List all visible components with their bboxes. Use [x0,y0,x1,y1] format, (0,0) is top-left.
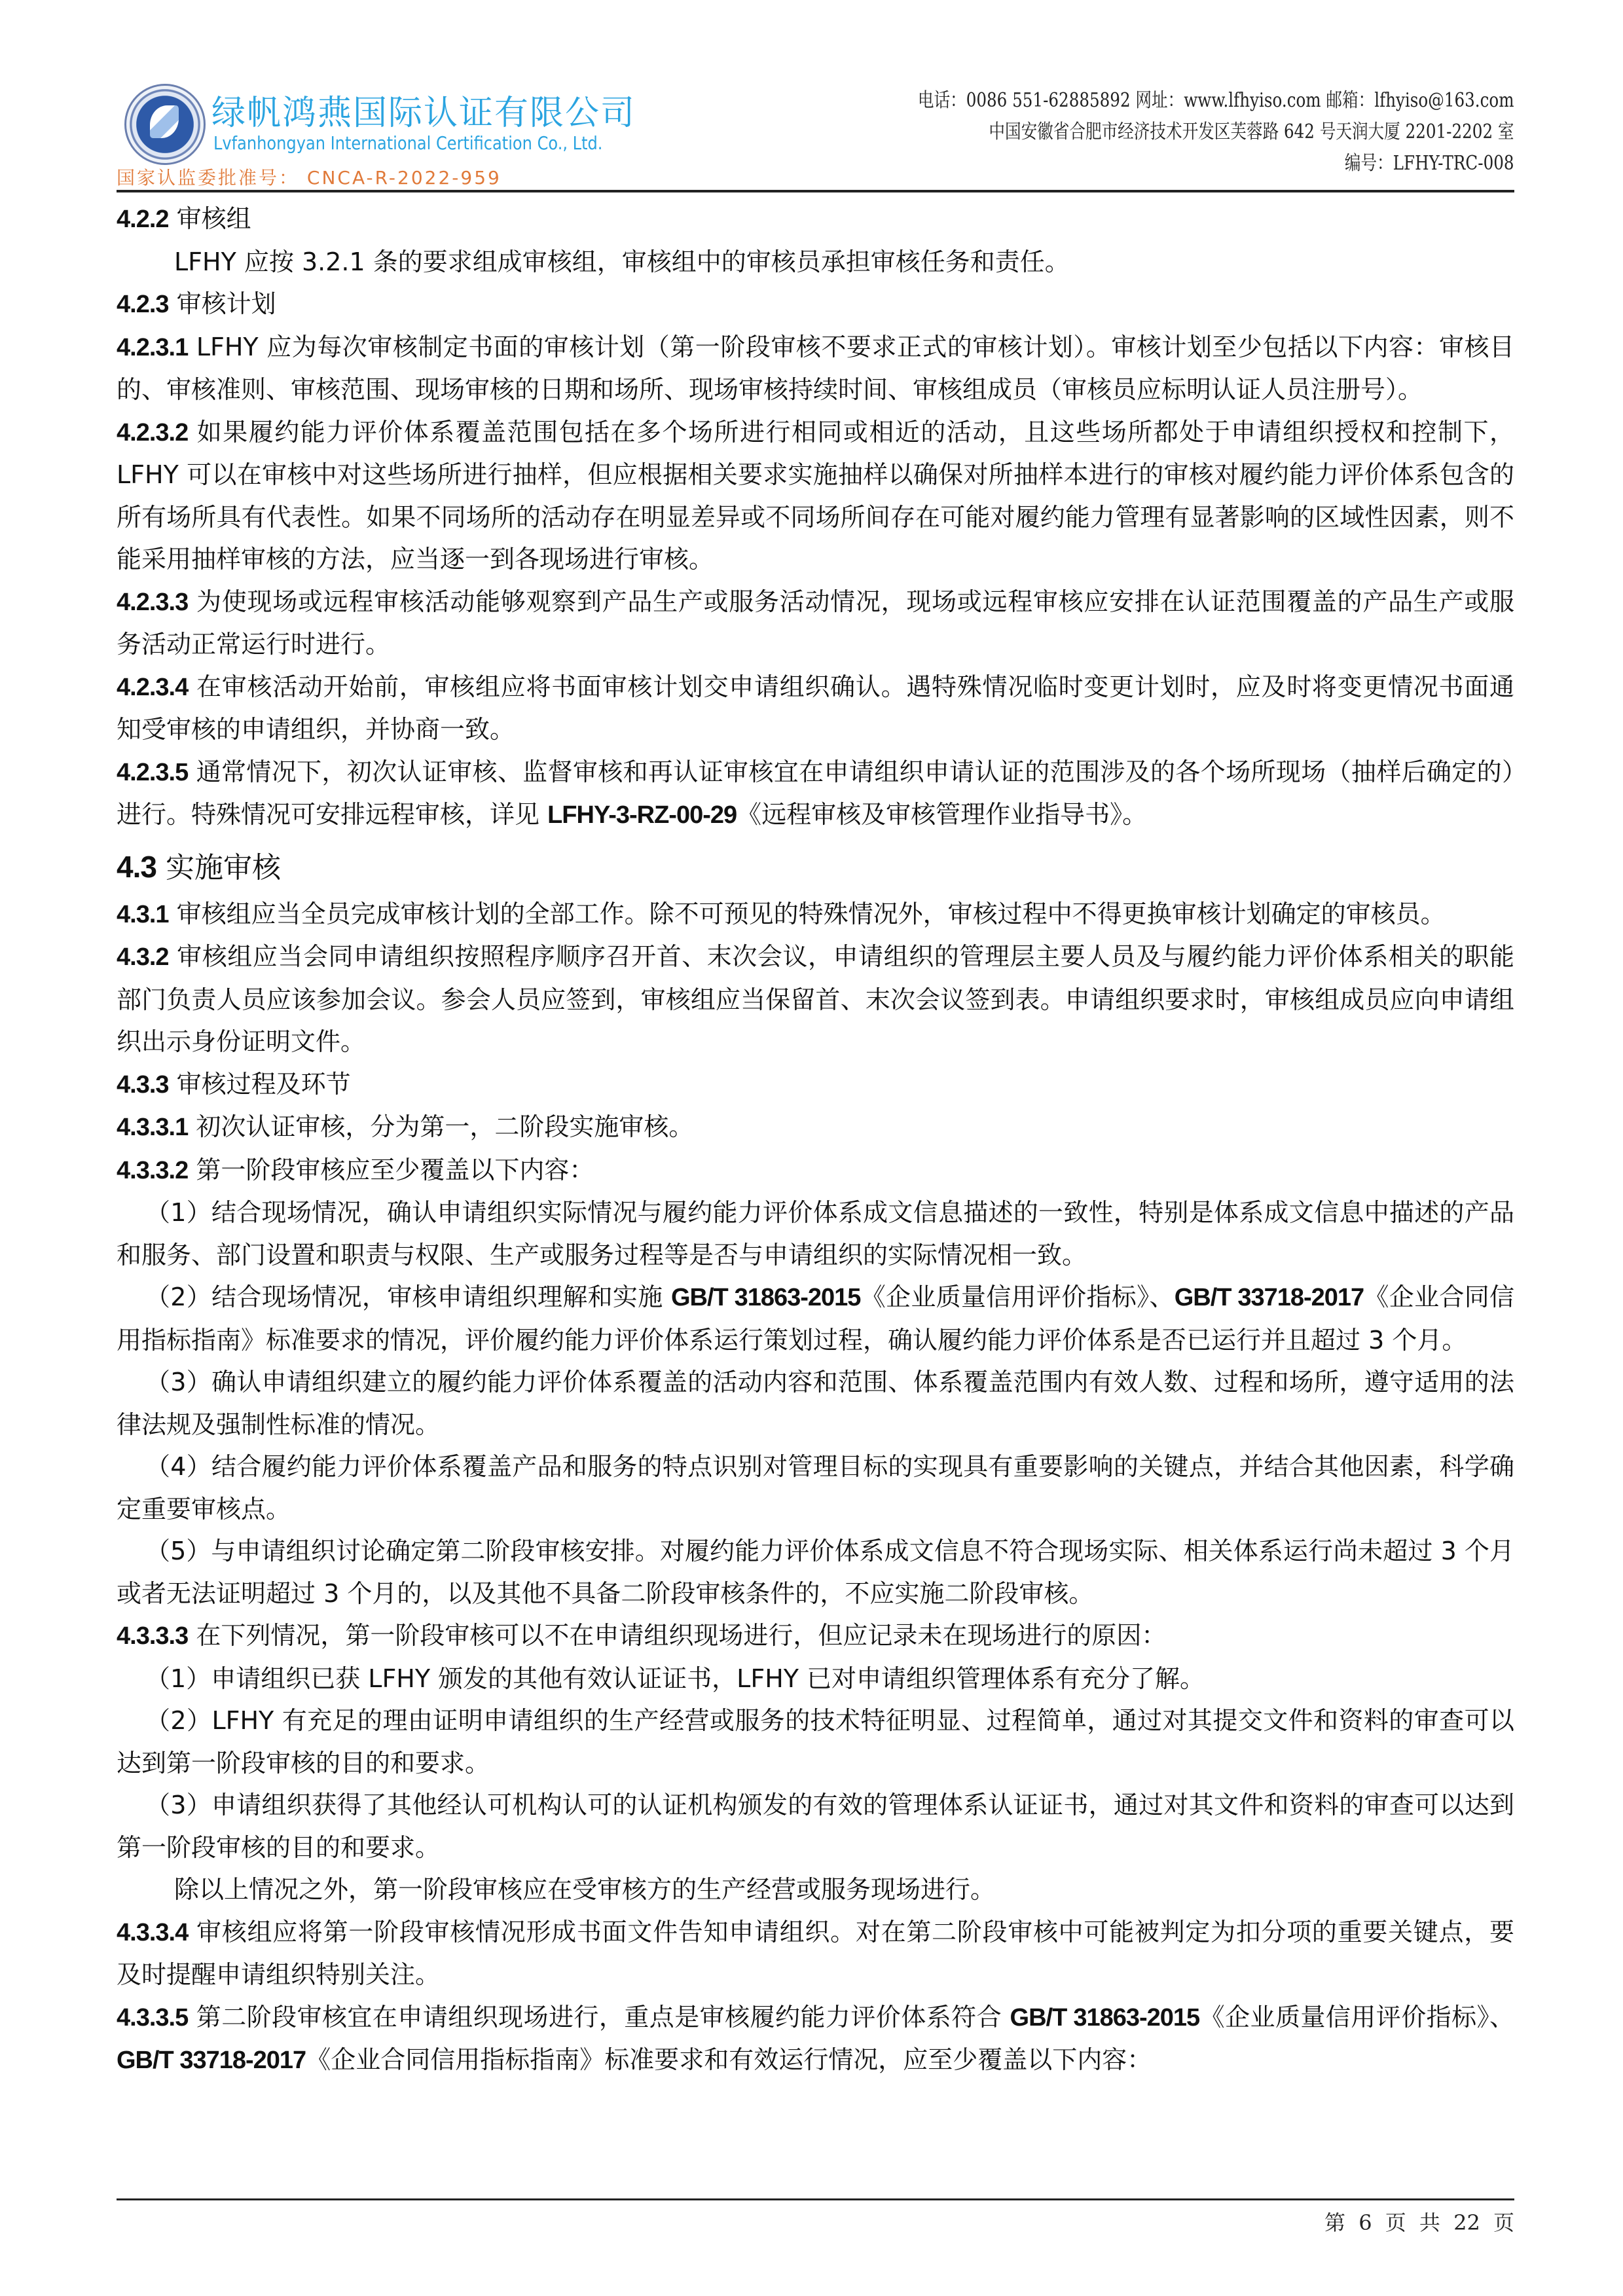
list-item: （1）结合现场情况，确认申请组织实际情况与履约能力评价体系成文信息描述的一致性，… [117,1192,1514,1276]
page-number: 第 6 页 共 22 页 [1324,2206,1514,2236]
clause-4-2-3-5: 4.2.3.5 通常情况下，初次认证审核、监督审核和再认证审核宜在申请组织申请认… [117,751,1514,837]
list-item: （3）申请组织获得了其他经认可机构认可的认证机构颁发的有效的管理体系认证证书，通… [117,1784,1514,1868]
clause-4-2-3-2: 4.2.3.2 如果履约能力评价体系覆盖范围包括在多个场所进行相同或相近的活动，… [117,411,1514,581]
contact-block: 电话：0086 551-62885892 网址：www.lfhyiso.com … [787,85,1514,179]
clause-4-2-3-3: 4.2.3.3 为使现场或远程审核活动能够观察到产品生产或服务活动情况，现场或远… [117,581,1514,666]
heading-4-3: 4.3 实施审核 [117,842,1514,893]
document-number: 编号：LFHY-TRC-008 [918,148,1514,179]
heading-4-2-2: 4.2.2 审核组 [117,198,1514,241]
list-item: （4）结合履约能力评价体系覆盖产品和服务的特点识别对管理目标的实现具有重要影响的… [117,1446,1514,1530]
page-header: 绿帆鸿燕国际认证有限公司 Lvfanhongyan International … [117,72,1514,190]
list-item: （5）与申请组织讨论确定第二阶段审核安排。对履约能力评价体系成文信息不符合现场实… [117,1530,1514,1614]
clause-4-3-3-4: 4.3.3.4 审核组应将第一阶段审核情况形成书面文件告知申请组织。对在第二阶段… [117,1911,1514,1996]
list-item: （2）LFHY 有充足的理由证明申请组织的生产经营或服务的技术特征明显、过程简单… [117,1700,1514,1784]
header-divider [117,190,1514,192]
clause-4-3-1: 4.3.1 审核组应当全员完成审核计划的全部工作。除不可预见的特殊情况外，审核过… [117,893,1514,936]
company-logo: 绿帆鸿燕国际认证有限公司 Lvfanhongyan International … [117,79,653,190]
clause-4-2-3-4: 4.2.3.4 在审核活动开始前，审核组应将书面审核计划交申请组织确认。遇特殊情… [117,666,1514,751]
clause-4-3-3-1: 4.3.3.1 初次认证审核，分为第一，二阶段实施审核。 [117,1106,1514,1149]
approval-number: 国家认监委批准号： CNCA-R-2022-959 [117,164,501,190]
company-seal-icon [124,84,206,165]
footer-divider [117,2198,1514,2200]
paragraph-4-2-2: LFHY 应按 3.2.1 条的要求组成审核组，审核组中的审核员承担审核任务和责… [117,241,1514,283]
list-item: （3）确认申请组织建立的履约能力评价体系覆盖的活动内容和范围、体系覆盖范围内有效… [117,1361,1514,1446]
document-body: 4.2.2 审核组 LFHY 应按 3.2.1 条的要求组成审核组，审核组中的审… [117,198,1514,2082]
clause-4-3-2: 4.3.2 审核组应当会同申请组织按照程序顺序召开首、末次会议，申请组织的管理层… [117,936,1514,1063]
clause-4-3-3-5: 4.3.3.5 第二阶段审核宜在申请组织现场进行，重点是审核履约能力评价体系符合… [117,1996,1514,2082]
note-4-3-3-3: 除以上情况之外，第一阶段审核应在受审核方的生产经营或服务现场进行。 [117,1868,1514,1911]
list-item: （2）结合现场情况，审核申请组织理解和实施 GB/T 31863-2015《企业… [117,1276,1514,1361]
clause-4-3-3-2: 4.3.3.2 第一阶段审核应至少覆盖以下内容： [117,1149,1514,1192]
company-name-en: Lvfanhongyan International Certification… [213,132,602,154]
clause-4-2-3-1: 4.2.3.1 LFHY 应为每次审核制定书面的审核计划（第一阶段审核不要求正式… [117,326,1514,411]
heading-4-3-3: 4.3.3 审核过程及环节 [117,1063,1514,1106]
list-item: （1）申请组织已获 LFHY 颁发的其他有效认证证书，LFHY 已对申请组织管理… [117,1658,1514,1700]
company-name-cn: 绿帆鸿燕国际认证有限公司 [211,85,636,134]
reference-document-code: LFHY-3-RZ-00-29 [547,801,737,829]
clause-4-3-3-3: 4.3.3.3 在下列情况，第一阶段审核可以不在申请组织现场进行，但应记录未在现… [117,1614,1514,1658]
contact-address: 中国安徽省合肥市经济技术开发区芙蓉路 642 号天润大厦 2201-2202 室 [918,117,1514,148]
heading-4-2-3: 4.2.3 审核计划 [117,283,1514,326]
contact-phone-web-email: 电话：0086 551-62885892 网址：www.lfhyiso.com … [918,85,1514,117]
